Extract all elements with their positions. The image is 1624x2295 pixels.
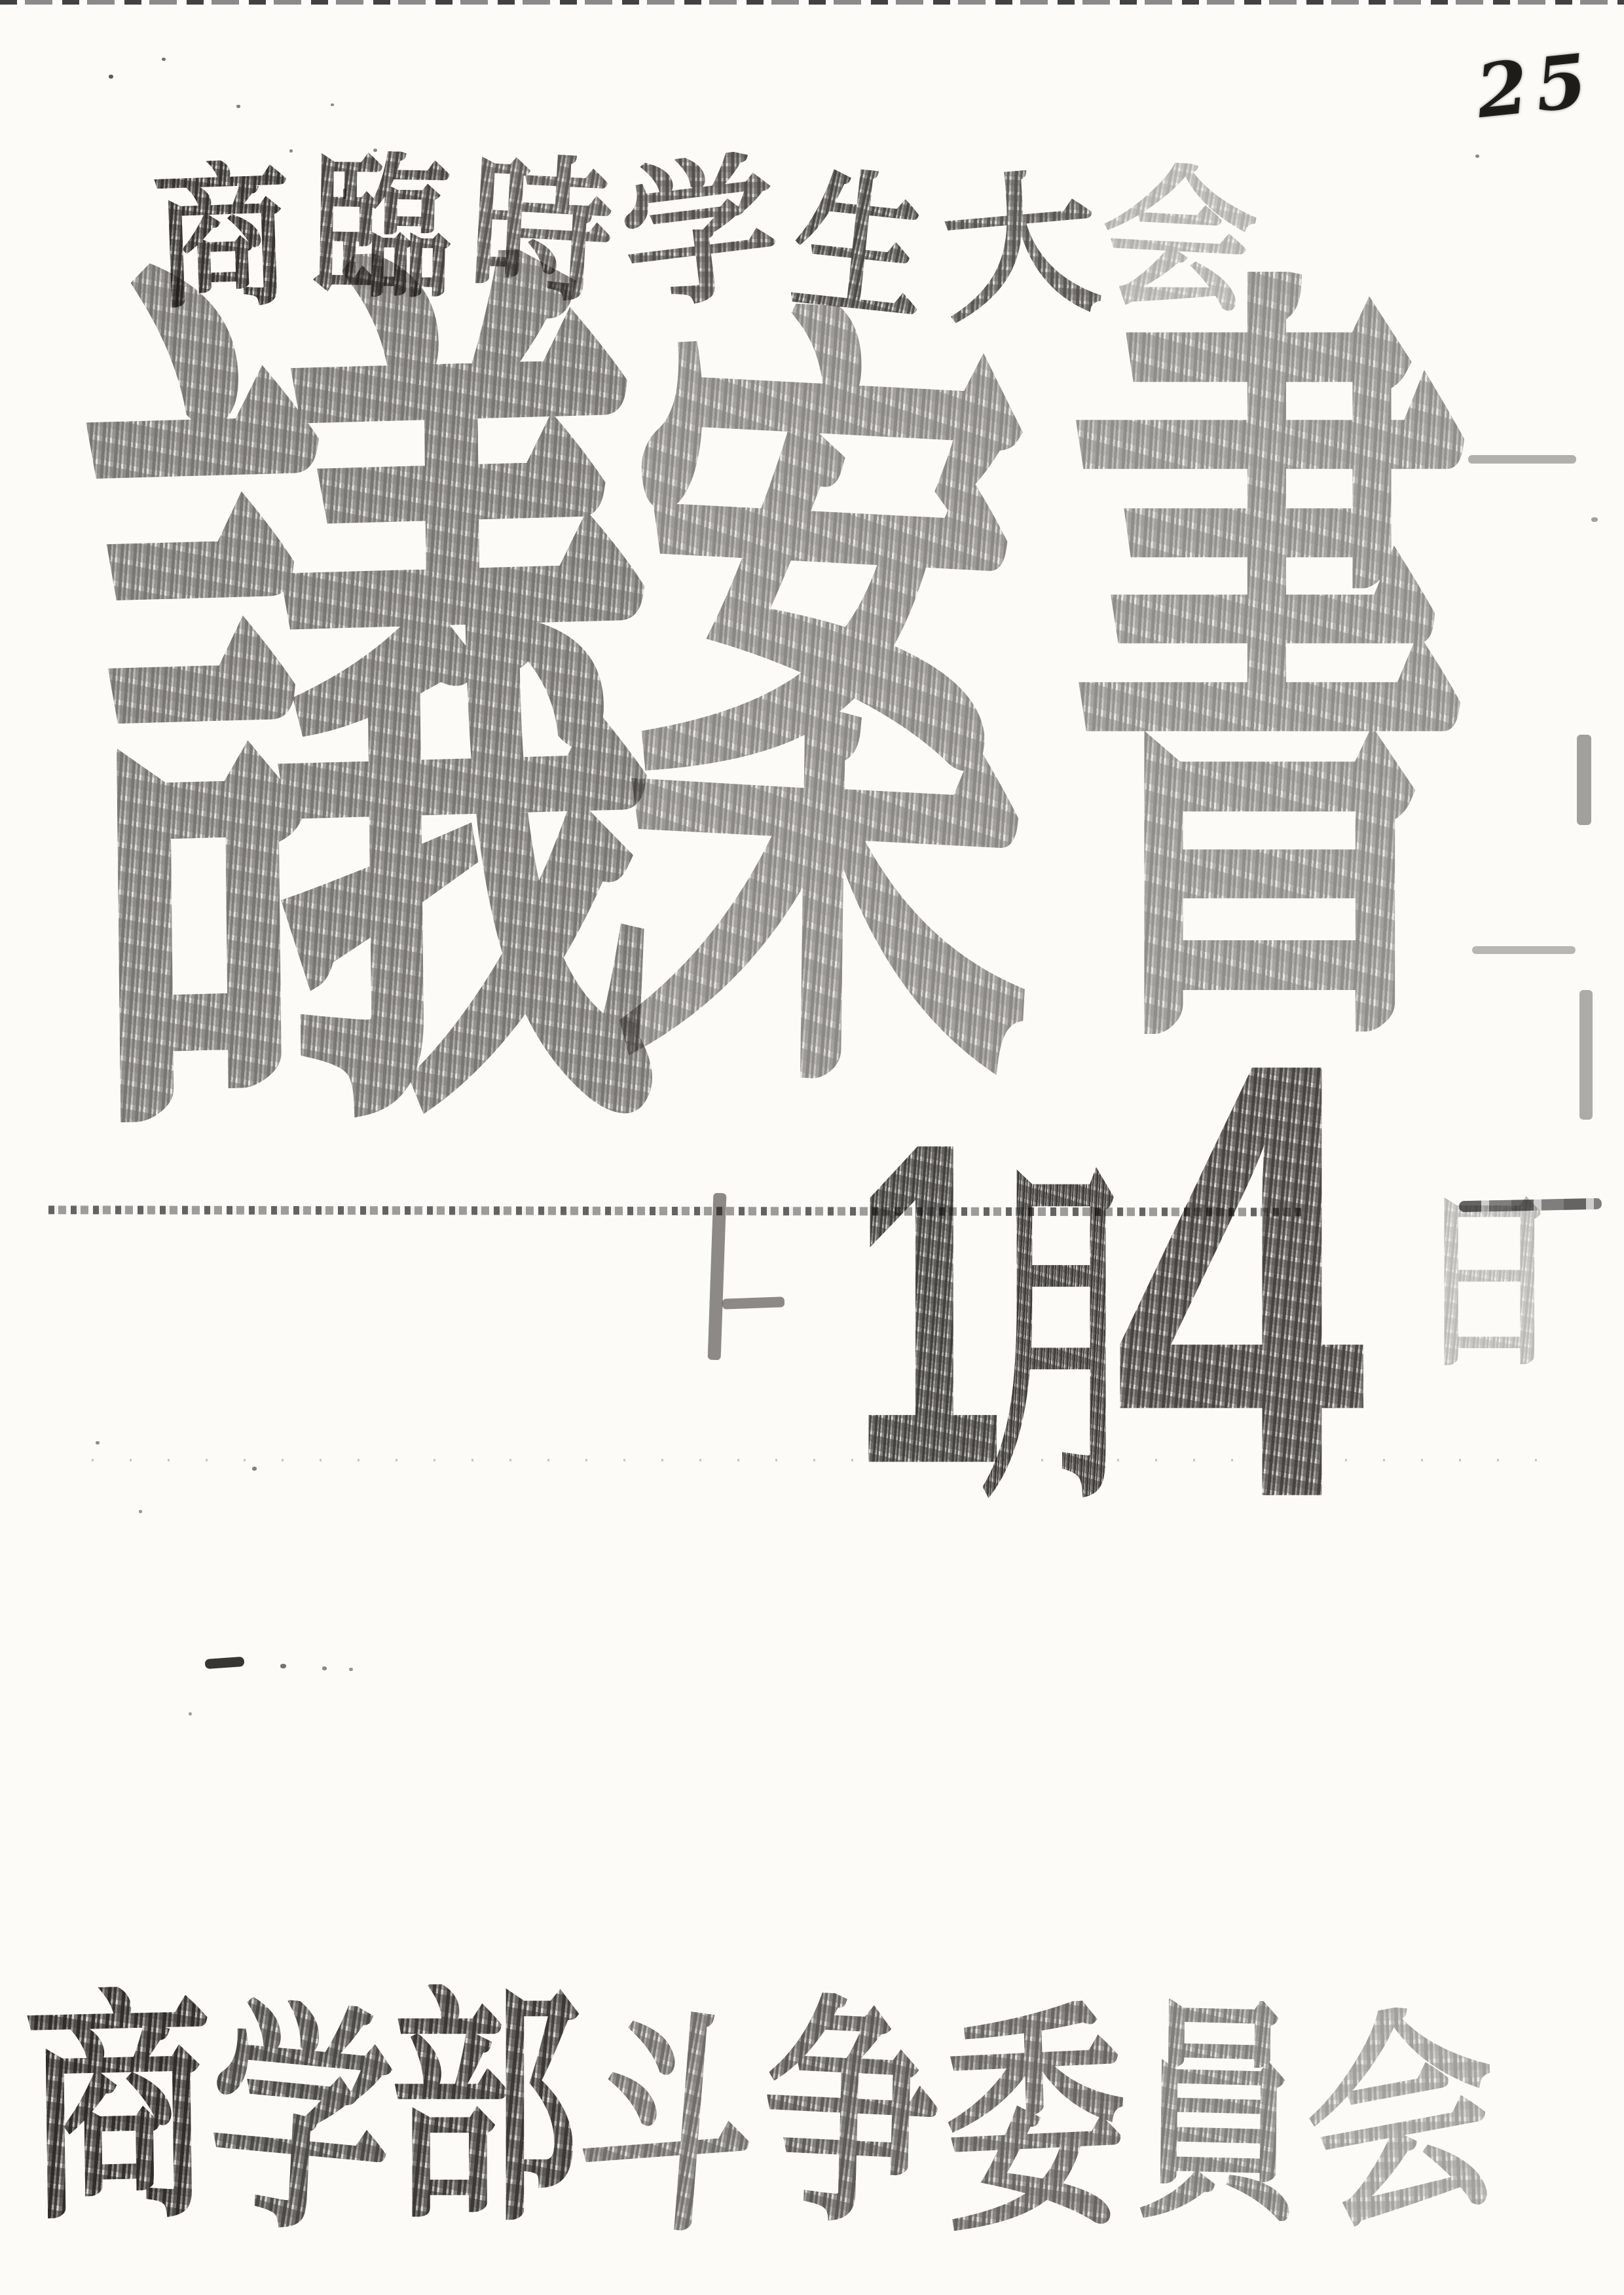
ink-speck	[162, 58, 166, 61]
scan-edge-artifact-top	[0, 0, 1624, 5]
pencil-scribble	[205, 1657, 245, 1669]
ink-speck	[349, 1668, 353, 1671]
footer-character-8: 会	[1294, 1991, 1513, 2249]
ink-speck	[280, 1664, 286, 1668]
faint-dotted-line	[92, 1459, 1559, 1461]
footer-character-5: 争	[760, 1990, 944, 2241]
date-character-3: 4	[1113, 969, 1366, 1590]
ink-speck	[189, 1712, 192, 1716]
stray-stroke	[722, 1296, 785, 1309]
ink-speck	[252, 1467, 257, 1471]
ink-speck	[96, 1441, 100, 1444]
stray-stroke	[1577, 735, 1591, 825]
footer-character-1: 商	[23, 1985, 213, 2235]
ink-speck	[343, 189, 346, 199]
scanned-document-page: 25 商 臨 時 学 生 大 会 議 案 書 1 月 4 日	[0, 0, 1624, 2295]
footer-character-4: 斗	[572, 1997, 762, 2254]
title-character-1: 議	[75, 246, 663, 1181]
stray-stroke	[1579, 990, 1593, 1120]
ink-speck	[139, 1510, 142, 1513]
date-character-4: 日	[1418, 1188, 1560, 1378]
footer-character-2: 学	[204, 1993, 398, 2252]
footer-character-6: 委	[941, 1999, 1130, 2247]
ink-speck	[373, 149, 377, 152]
ink-speck	[322, 1666, 327, 1670]
stray-stroke	[708, 1193, 727, 1361]
ink-speck	[289, 149, 293, 153]
stray-stroke	[1468, 455, 1576, 464]
footer-character-3: 部	[390, 1984, 581, 2235]
ruled-line-right-segment	[1459, 1198, 1602, 1213]
footer-character-7: 員	[1134, 1998, 1302, 2236]
ink-speck	[1475, 155, 1479, 158]
ink-speck	[331, 103, 334, 106]
ink-speck	[109, 75, 113, 79]
title-character-2: 案	[615, 295, 1038, 1141]
stray-stroke	[1472, 946, 1576, 954]
ink-speck	[1591, 517, 1598, 522]
page-number: 25	[1473, 37, 1599, 135]
committee-footer: 商 学 部 斗 争 委 員 会	[31, 2023, 1488, 2197]
ink-speck	[236, 105, 240, 108]
